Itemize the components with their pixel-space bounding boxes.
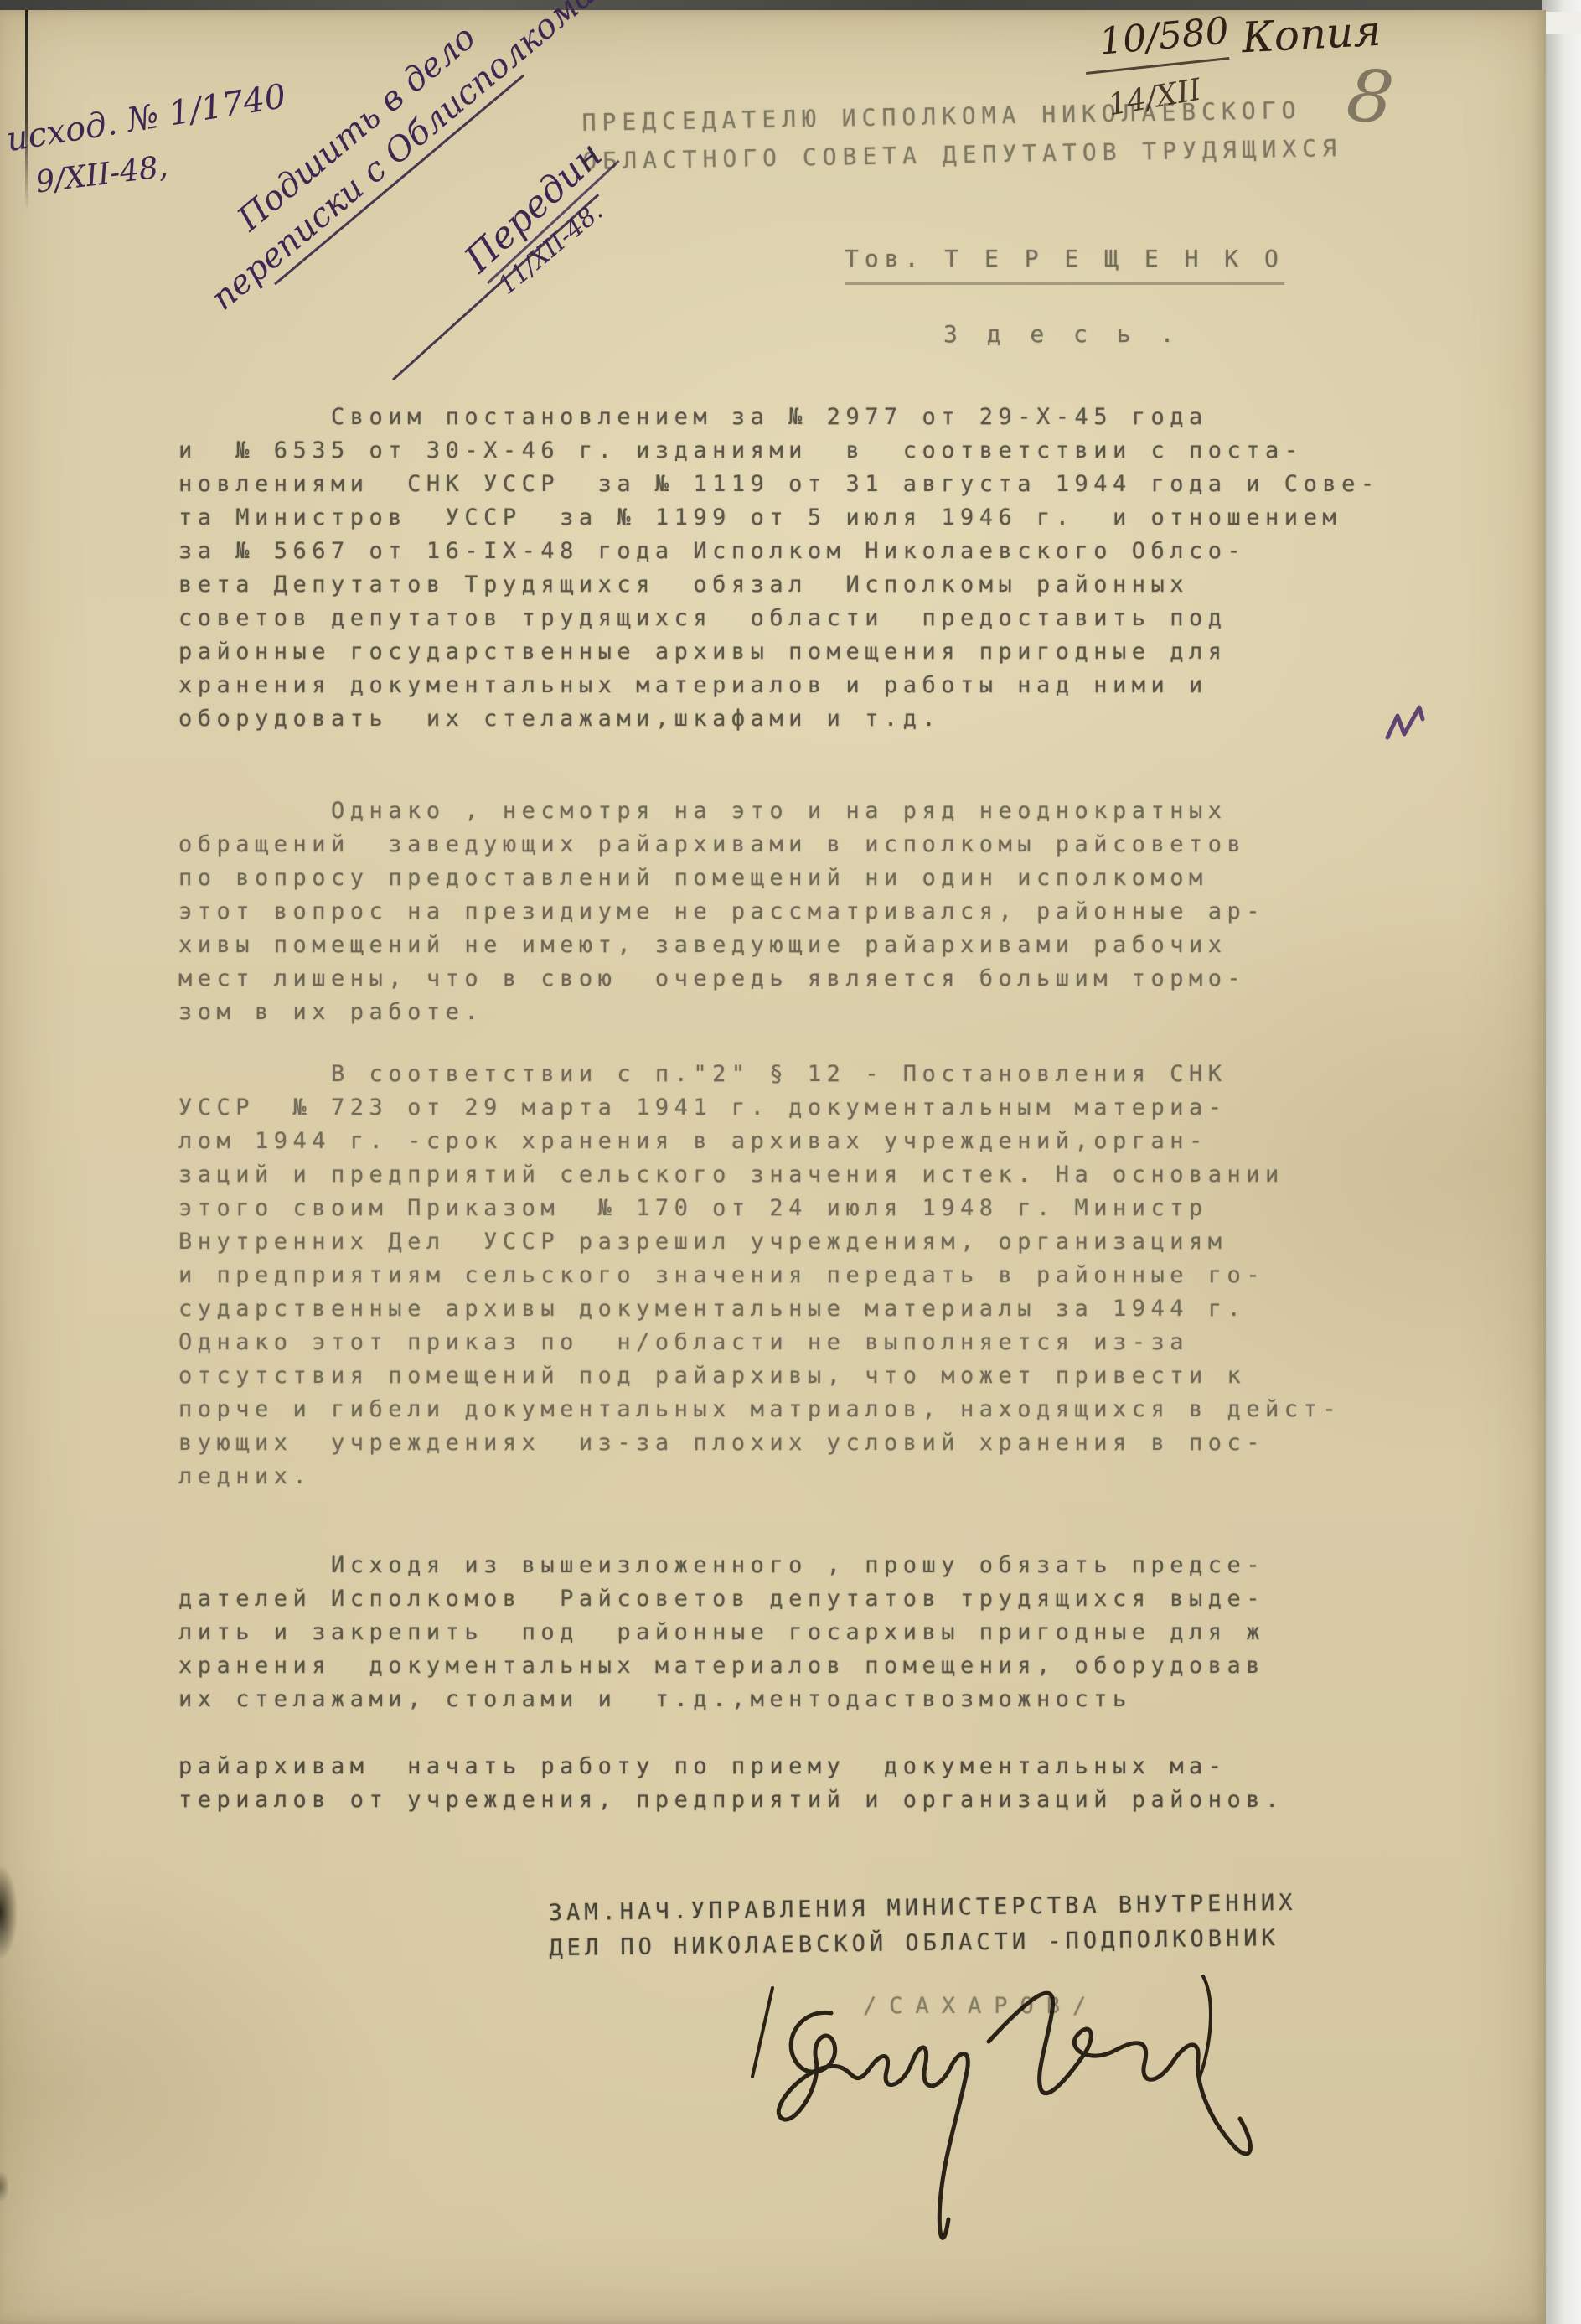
page-number-annotation: 8 [1343,53,1398,141]
body-paragraph-3: В соответствии с п."2" § 12 - Постановле… [178,1058,1485,1493]
signature-title-line2: ДЕЛ ПО НИКОЛАЕВСКОЙ ОБЛАСТИ -ПОДПОЛКОВНИ… [549,1925,1279,1961]
signature-title: ЗАМ.НАЧ.УПРАВЛЕНИЯ МИНИСТЕРСТВА ВНУТРЕНН… [548,1886,1297,1966]
signature-title-line1: ЗАМ.НАЧ.УПРАВЛЕНИЯ МИНИСТЕРСТВА ВНУТРЕНН… [549,1890,1297,1926]
addressee-header: ПРЕДСЕДАТЕЛЮ ИСПОЛКОМА НИКОЛАЕВСКОГООБЛА… [581,91,1342,181]
body-paragraph-1: Своим постановлением за № 2977 от 29-X-4… [178,401,1485,736]
addressee-line1: ПРЕДСЕДАТЕЛЮ ИСПОЛКОМА НИКОЛАЕВСКОГО [581,96,1301,137]
scanner-right-edge [1542,0,1581,2324]
handwritten-signature [737,1961,1307,2271]
ink-smudge-left-edge-small [0,2172,8,2201]
body-paragraph-5: райархивам начать работу по приему докум… [178,1750,1485,1817]
addressee-name: Тов. Т Е Р Е Щ Е Н К О [845,245,1284,285]
body-paragraph-2: Однако , несмотря на это и на ряд неодно… [178,795,1485,1029]
document-scan: исход. № 1/1740 9/XII-48, Подшить в дело… [0,0,1581,2324]
ink-smudge-left-edge [0,1867,17,1958]
addressee-here: З д е с ь . [943,320,1181,348]
body-paragraph-4: Исходя из вышеизложенного , прошу обязат… [178,1549,1485,1716]
addressee-line2: ОБЛАСТНОГО СОВЕТА ДЕПУТАТОВ ТРУДЯЩИХСЯ [582,134,1342,175]
paper-fold-crease [25,10,28,211]
